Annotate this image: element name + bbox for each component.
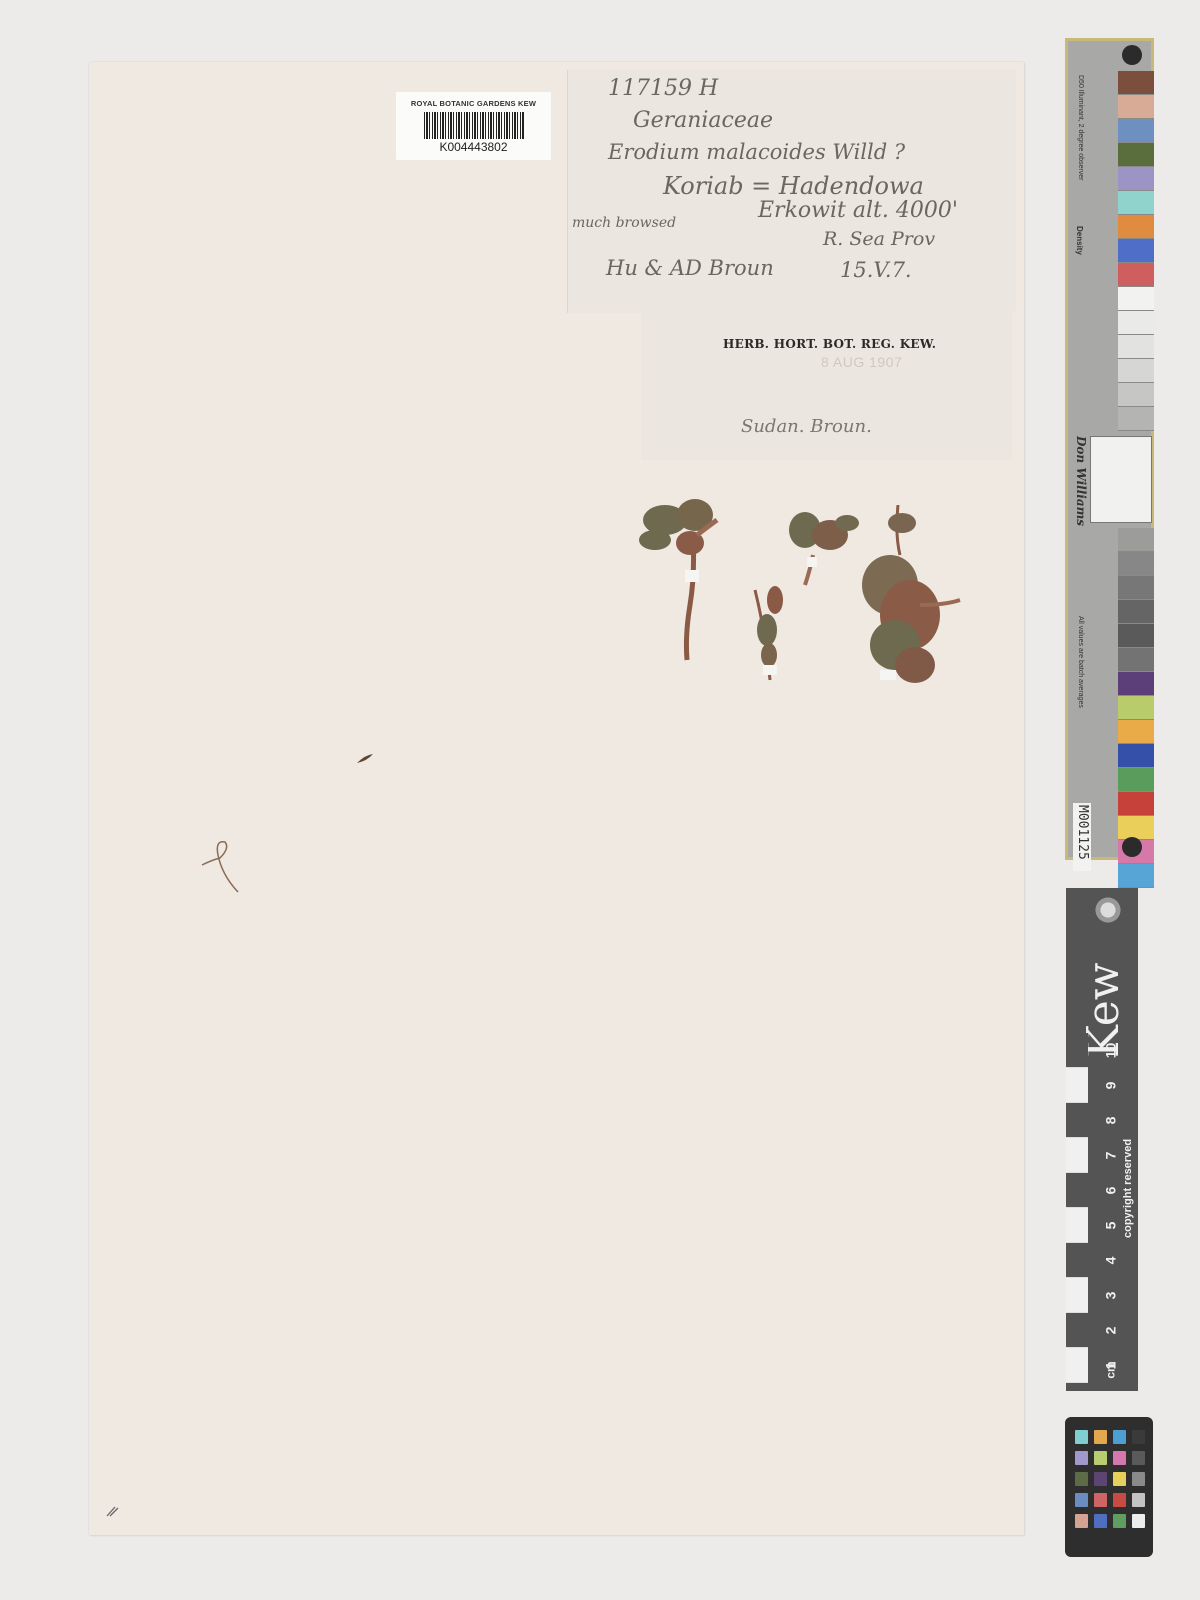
color-swatch [1118, 239, 1154, 263]
barcode-number: K004443802 [396, 140, 551, 154]
handwritten-label: 117159 H Geraniaceae Erodium malacoides … [567, 70, 1016, 313]
crest-icon [1090, 893, 1126, 927]
color-patch [1075, 1451, 1088, 1465]
copyright-notice: copyright reserved [1122, 1139, 1134, 1238]
color-swatch [1118, 119, 1154, 143]
field-note: much browsed [572, 215, 676, 231]
color-checker-card [1065, 1417, 1153, 1557]
color-patch [1113, 1430, 1126, 1444]
awn-fragment [200, 840, 245, 895]
color-patch [1094, 1451, 1107, 1465]
date-stamp: 8 AUG 1907 [821, 354, 902, 370]
herbarium-title: HERB. HORT. BOT. REG. KEW. [723, 337, 936, 351]
color-patch [1094, 1472, 1107, 1486]
color-patch [1094, 1493, 1107, 1507]
color-swatch [1118, 311, 1154, 335]
barcode-label: ROYAL BOTANIC GARDENS KEW K004443802 [396, 92, 551, 160]
herbarium-label: HERB. HORT. BOT. REG. KEW. 8 AUG 1907 Su… [641, 313, 1012, 460]
color-patch [1075, 1430, 1088, 1444]
scale-number: 9 [1094, 1076, 1129, 1096]
province: R. Sea Prov [823, 228, 935, 250]
collector: Hu & AD Broun [606, 256, 774, 280]
scale-number: 4 [1094, 1251, 1129, 1271]
barcode-icon [424, 112, 524, 139]
color-swatch [1118, 768, 1154, 792]
color-patch [1113, 1493, 1126, 1507]
scale-numbers: 10 9 8 7 6 5 4 3 2 1 [1101, 1033, 1121, 1383]
scale-number: 10 [1094, 1041, 1129, 1061]
species-name: Erodium malacoides Willd ? [608, 140, 905, 164]
locality-altitude: Erkowit alt. 4000' [758, 198, 958, 223]
scale-bars [1066, 1033, 1088, 1383]
density-label: Density [1075, 226, 1084, 255]
serial-number: M001125 [1075, 805, 1090, 860]
serial-tag: M001125 [1073, 803, 1091, 871]
color-patch [1132, 1472, 1145, 1486]
color-swatch [1118, 720, 1154, 744]
seed-fragment [355, 753, 375, 765]
color-swatch [1118, 624, 1154, 648]
color-swatch [1118, 95, 1154, 119]
color-swatch [1118, 528, 1154, 552]
color-swatch [1118, 744, 1154, 768]
color-swatch [1118, 383, 1154, 407]
accession-number: 117159 H [608, 76, 718, 101]
ruler-brand: Don Williams [1074, 436, 1088, 526]
color-patch [1113, 1514, 1126, 1528]
color-patch [1113, 1472, 1126, 1486]
color-swatch [1118, 792, 1154, 816]
color-patch [1113, 1451, 1126, 1465]
color-patch [1132, 1430, 1145, 1444]
color-swatch [1118, 287, 1154, 311]
color-patch [1094, 1514, 1107, 1528]
plant-specimen-2 [745, 580, 795, 695]
resolution-target [1090, 436, 1152, 523]
color-patch [1132, 1514, 1145, 1528]
illuminant-note: D50 Illuminant, 2 degree observer [1077, 75, 1084, 180]
scale-number: 2 [1094, 1321, 1129, 1341]
kew-scale-bar: Kew 10 9 8 7 6 5 4 3 2 1 copyright reser… [1066, 888, 1138, 1391]
color-swatch [1118, 552, 1154, 576]
collection-date: 15.V.7. [840, 258, 912, 282]
locality-note: Sudan. Broun. [741, 416, 872, 437]
color-patch [1132, 1451, 1145, 1465]
color-swatch [1118, 71, 1154, 95]
color-patch [1075, 1472, 1088, 1486]
color-patch [1075, 1514, 1088, 1528]
color-swatch [1118, 576, 1154, 600]
color-swatch [1118, 864, 1154, 888]
color-swatch [1118, 335, 1154, 359]
family-name: Geraniaceae [633, 108, 773, 133]
scale-number: 8 [1094, 1111, 1129, 1131]
batch-note: All values are batch averages [1077, 616, 1084, 708]
scale-number: 3 [1094, 1286, 1129, 1306]
vernacular-name: Koriab = Hadendowa [663, 172, 924, 200]
ruler-hole-top [1122, 45, 1142, 65]
pencil-mark [105, 1504, 121, 1518]
plant-specimen-1 [635, 495, 745, 665]
color-swatch [1118, 215, 1154, 239]
color-swatch [1118, 600, 1154, 624]
color-patches [1075, 1430, 1145, 1528]
plant-specimen-4 [860, 505, 970, 700]
color-swatch [1118, 648, 1154, 672]
ruler-hole-bottom [1122, 837, 1142, 857]
color-swatch [1118, 359, 1154, 383]
color-swatch [1118, 191, 1154, 215]
color-swatch [1118, 816, 1154, 840]
color-patch [1132, 1493, 1145, 1507]
color-swatch [1118, 407, 1154, 431]
color-patch [1094, 1430, 1107, 1444]
color-swatch [1118, 167, 1154, 191]
color-patch [1075, 1493, 1088, 1507]
color-calibration-ruler: D50 Illuminant, 2 degree observer Densit… [1065, 38, 1154, 860]
color-swatch [1118, 263, 1154, 287]
institution-name: ROYAL BOTANIC GARDENS KEW [396, 99, 551, 108]
scale-unit: cm [1104, 1361, 1118, 1378]
color-swatch [1118, 672, 1154, 696]
color-swatch [1118, 143, 1154, 167]
color-swatch [1118, 696, 1154, 720]
plant-specimen-3 [785, 505, 865, 590]
